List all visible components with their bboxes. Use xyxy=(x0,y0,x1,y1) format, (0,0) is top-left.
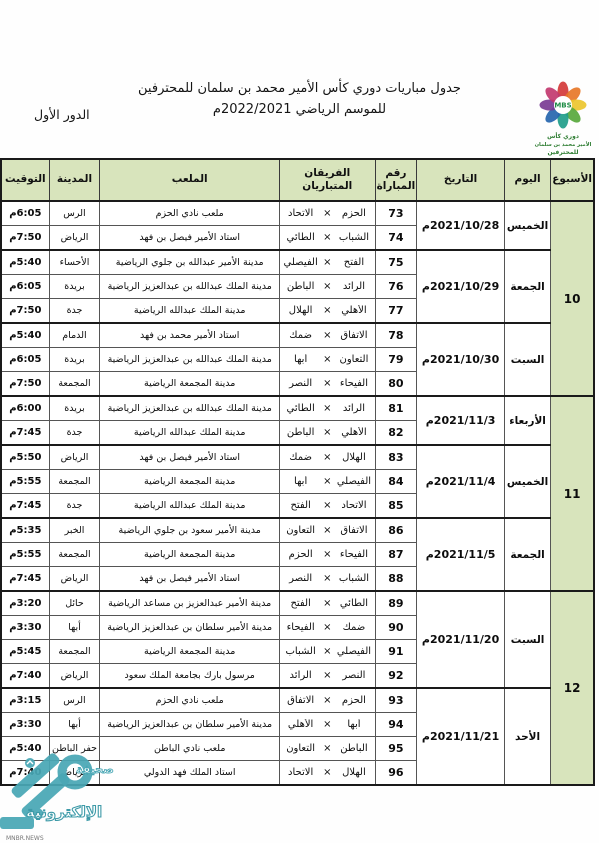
teams-pair: الفيصلي×أبها xyxy=(282,476,373,487)
stadium-cell: مدينة الأمير سلطان بن عبدالعزيز الرياضية xyxy=(100,713,280,737)
day-cell: الأحد xyxy=(504,688,550,785)
vs-symbol: × xyxy=(319,427,335,438)
away-team: الفتح xyxy=(282,500,319,511)
time-cell: 7:40م xyxy=(1,664,49,689)
vs-symbol: × xyxy=(319,500,335,511)
home-team: الشباب xyxy=(335,573,372,584)
schedule-table-header: الأسبوعاليومالتاريخرقم المباراةالفريقان … xyxy=(1,159,594,201)
match-number-cell: 83 xyxy=(375,445,417,470)
away-team: الطائي xyxy=(282,232,319,243)
day-cell: السبت xyxy=(504,591,550,688)
stadium-cell: مدينة المجمعة الرياضية xyxy=(100,543,280,567)
stadium-cell: استاد الملك فهد الدولي xyxy=(100,761,280,786)
vs-symbol: × xyxy=(319,525,335,536)
teams-cell: الباطن×التعاون xyxy=(279,737,375,761)
vs-symbol: × xyxy=(319,622,335,633)
date-cell: 2021/11/5م xyxy=(417,518,505,591)
vs-symbol: × xyxy=(319,646,335,657)
away-team: النصر xyxy=(282,573,319,584)
match-number-cell: 79 xyxy=(375,348,417,372)
match-number-cell: 82 xyxy=(375,421,417,446)
time-cell: 3:30م xyxy=(1,713,49,737)
teams-pair: الباطن×التعاون xyxy=(282,743,373,754)
vs-symbol: × xyxy=(319,598,335,609)
match-row: الخميس2021/11/4م83الهلال×ضمكاستاد الأمير… xyxy=(1,445,594,470)
page-title-line1: جدول مباريات دوري كأس الأمير محمد بن سلم… xyxy=(105,78,494,99)
home-team: الهلال xyxy=(335,452,372,463)
city-cell: حائل xyxy=(49,591,100,616)
col-header-stadium: الملعب xyxy=(100,159,280,201)
time-cell: 7:50م xyxy=(1,299,49,324)
match-row: 11الأربعاء2021/11/3م81الرائد×الطائيمدينة… xyxy=(1,396,594,421)
teams-pair: الشباب×الطائي xyxy=(282,232,373,243)
teams-cell: الاتفاق×ضمك xyxy=(279,323,375,348)
stadium-cell: استاد الأمير فيصل بن فهد xyxy=(100,226,280,251)
vs-symbol: × xyxy=(319,330,335,341)
match-number-cell: 94 xyxy=(375,713,417,737)
col-header-teams: الفريقان المتباريان xyxy=(279,159,375,201)
away-team: التعاون xyxy=(282,525,319,536)
date-cell: 2021/10/28م xyxy=(417,201,505,250)
teams-pair: الفتح×الفيصلي xyxy=(282,257,373,268)
city-cell: الأحساء xyxy=(49,250,100,275)
time-cell: 5:55م xyxy=(1,470,49,494)
match-number-cell: 74 xyxy=(375,226,417,251)
vs-symbol: × xyxy=(319,767,335,778)
away-team: الفيحاء xyxy=(282,622,319,633)
city-cell: أبها xyxy=(49,713,100,737)
col-header-week: الأسبوع xyxy=(551,159,594,201)
away-team: أبها xyxy=(282,354,319,365)
stadium-cell: مدينة المجمعة الرياضية xyxy=(100,372,280,397)
week-cell: 10 xyxy=(551,201,594,396)
vs-symbol: × xyxy=(319,670,335,681)
home-team: الهلال xyxy=(335,767,372,778)
match-number-cell: 92 xyxy=(375,664,417,689)
home-team: الاتحاد xyxy=(335,500,372,511)
teams-pair: التعاون×أبها xyxy=(282,354,373,365)
teams-pair: النصر×الرائد xyxy=(282,670,373,681)
teams-cell: الرائد×الطائي xyxy=(279,396,375,421)
schedule-table: الأسبوعاليومالتاريخرقم المباراةالفريقان … xyxy=(0,158,595,786)
page-title-line2: للموسم الرياضي 2022/2021م xyxy=(105,99,494,120)
vs-symbol: × xyxy=(319,208,335,219)
day-cell: الخميس xyxy=(504,201,550,250)
city-cell: الرياض xyxy=(49,226,100,251)
city-cell: المجمعة xyxy=(49,543,100,567)
home-team: الاتفاق xyxy=(335,330,372,341)
time-cell: 7:40م xyxy=(1,761,49,786)
teams-cell: الحزم×الاتحاد xyxy=(279,201,375,226)
time-cell: 5:40م xyxy=(1,250,49,275)
away-team: الاتحاد xyxy=(282,767,319,778)
teams-pair: الشباب×النصر xyxy=(282,573,373,584)
stadium-cell: مدينة الملك عبدالله الرياضية xyxy=(100,421,280,446)
vs-symbol: × xyxy=(319,743,335,754)
away-team: ضمك xyxy=(282,330,319,341)
match-number-cell: 73 xyxy=(375,201,417,226)
week-cell: 11 xyxy=(551,396,594,591)
time-cell: 6:05م xyxy=(1,275,49,299)
date-cell: 2021/10/30م xyxy=(417,323,505,396)
away-team: الباطن xyxy=(282,427,319,438)
teams-pair: الحزم×الاتحاد xyxy=(282,208,373,219)
away-team: ضمك xyxy=(282,452,319,463)
teams-pair: الأهلي×الهلال xyxy=(282,305,373,316)
stadium-cell: مدينة المجمعة الرياضية xyxy=(100,470,280,494)
stadium-cell: مدينة الأمير سلطان بن عبدالعزيز الرياضية xyxy=(100,616,280,640)
match-number-cell: 93 xyxy=(375,688,417,713)
stadium-cell: مدينة الملك عبدالله الرياضية xyxy=(100,494,280,519)
city-cell: الرس xyxy=(49,201,100,226)
stadium-cell: مدينة الملك عبدالله بن عبدالعزيز الرياضي… xyxy=(100,396,280,421)
away-team: الأهلي xyxy=(282,719,319,730)
city-cell: الرياض xyxy=(49,567,100,592)
teams-cell: الاتفاق×التعاون xyxy=(279,518,375,543)
round-label: الدور الأول xyxy=(34,107,90,122)
vs-symbol: × xyxy=(319,452,335,463)
match-number-cell: 86 xyxy=(375,518,417,543)
home-team: الحزم xyxy=(335,695,372,706)
away-team: الاتفاق xyxy=(282,695,319,706)
day-cell: الخميس xyxy=(504,445,550,518)
match-row: 12السبت2021/11/20م89الطائي×الفتحمدينة ال… xyxy=(1,591,594,616)
teams-cell: الأهلي×الهلال xyxy=(279,299,375,324)
away-team: التعاون xyxy=(282,743,319,754)
city-cell: الرياض xyxy=(49,445,100,470)
time-cell: 6:05م xyxy=(1,201,49,226)
teams-cell: الحزم×الاتفاق xyxy=(279,688,375,713)
teams-pair: الفيصلي×الشباب xyxy=(282,646,373,657)
city-cell: المجمعة xyxy=(49,372,100,397)
home-team: الحزم xyxy=(335,208,372,219)
time-cell: 3:20م xyxy=(1,591,49,616)
match-number-cell: 90 xyxy=(375,616,417,640)
teams-cell: أبها×الأهلي xyxy=(279,713,375,737)
date-cell: 2021/11/3م xyxy=(417,396,505,445)
match-number-cell: 77 xyxy=(375,299,417,324)
stadium-cell: مدينة الملك عبدالله الرياضية xyxy=(100,299,280,324)
teams-pair: الطائي×الفتح xyxy=(282,598,373,609)
teams-pair: أبها×الأهلي xyxy=(282,719,373,730)
teams-cell: التعاون×أبها xyxy=(279,348,375,372)
away-team: الاتحاد xyxy=(282,208,319,219)
stadium-cell: مدينة الأمير عبدالعزيز بن مساعد الرياضية xyxy=(100,591,280,616)
away-team: الباطن xyxy=(282,281,319,292)
date-cell: 2021/10/29م xyxy=(417,250,505,323)
teams-cell: الفيحاء×النصر xyxy=(279,372,375,397)
vs-symbol: × xyxy=(319,281,335,292)
time-cell: 5:35م xyxy=(1,518,49,543)
home-team: ضمك xyxy=(335,622,372,633)
vs-symbol: × xyxy=(319,378,335,389)
page-title: جدول مباريات دوري كأس الأمير محمد بن سلم… xyxy=(105,78,494,120)
city-cell: بريدة xyxy=(49,396,100,421)
time-cell: 3:15م xyxy=(1,688,49,713)
stadium-cell: استاد الأمير محمد بن فهد xyxy=(100,323,280,348)
match-number-cell: 78 xyxy=(375,323,417,348)
home-team: الباطن xyxy=(335,743,372,754)
col-header-day: اليوم xyxy=(504,159,550,201)
vs-symbol: × xyxy=(319,403,335,414)
teams-cell: الشباب×النصر xyxy=(279,567,375,592)
teams-pair: الهلال×الاتحاد xyxy=(282,767,373,778)
match-number-cell: 95 xyxy=(375,737,417,761)
match-number-cell: 85 xyxy=(375,494,417,519)
mbs-logo-text: MBS xyxy=(554,102,571,110)
time-cell: 5:55م xyxy=(1,543,49,567)
home-team: الفيحاء xyxy=(335,378,372,389)
teams-cell: الأهلي×الباطن xyxy=(279,421,375,446)
time-cell: 6:05م xyxy=(1,348,49,372)
teams-pair: الرائد×الطائي xyxy=(282,403,373,414)
teams-pair: الرائد×الباطن xyxy=(282,281,373,292)
teams-cell: الرائد×الباطن xyxy=(279,275,375,299)
time-cell: 5:40م xyxy=(1,323,49,348)
teams-cell: الفتح×الفيصلي xyxy=(279,250,375,275)
vs-symbol: × xyxy=(319,476,335,487)
match-number-cell: 80 xyxy=(375,372,417,397)
match-number-cell: 89 xyxy=(375,591,417,616)
stadium-cell: مدينة الأمير سعود بن جلوي الرياضية xyxy=(100,518,280,543)
city-cell: حفر الباطن xyxy=(49,737,100,761)
match-number-cell: 87 xyxy=(375,543,417,567)
city-cell: بريدة xyxy=(49,275,100,299)
vs-symbol: × xyxy=(319,232,335,243)
home-team: الطائي xyxy=(335,598,372,609)
vs-symbol: × xyxy=(319,257,335,268)
teams-pair: الفيحاء×الحزم xyxy=(282,549,373,560)
date-cell: 2021/11/21م xyxy=(417,688,505,785)
teams-cell: الفيصلي×الشباب xyxy=(279,640,375,664)
match-row: الأحد2021/11/21م93الحزم×الاتفاقملعب نادي… xyxy=(1,688,594,713)
teams-pair: الحزم×الاتفاق xyxy=(282,695,373,706)
time-cell: 5:50م xyxy=(1,445,49,470)
day-cell: الأربعاء xyxy=(504,396,550,445)
time-cell: 7:50م xyxy=(1,226,49,251)
teams-cell: الطائي×الفتح xyxy=(279,591,375,616)
away-team: الرائد xyxy=(282,670,319,681)
stadium-cell: مدينة الأمير عبدالله بن جلوي الرياضية xyxy=(100,250,280,275)
day-cell: السبت xyxy=(504,323,550,396)
teams-cell: الهلال×الاتحاد xyxy=(279,761,375,786)
match-row: الجمعة2021/10/29م75الفتح×الفيصليمدينة ال… xyxy=(1,250,594,275)
vs-symbol: × xyxy=(319,305,335,316)
time-cell: 5:45م xyxy=(1,640,49,664)
home-team: الأهلي xyxy=(335,427,372,438)
stadium-cell: مدينة الملك عبدالله بن عبدالعزيز الرياضي… xyxy=(100,275,280,299)
home-team: الرائد xyxy=(335,281,372,292)
teams-pair: الاتفاق×التعاون xyxy=(282,525,373,536)
city-cell: بريدة xyxy=(49,348,100,372)
teams-cell: الشباب×الطائي xyxy=(279,226,375,251)
teams-pair: الفيحاء×النصر xyxy=(282,378,373,389)
home-team: الفيحاء xyxy=(335,549,372,560)
away-team: أبها xyxy=(282,476,319,487)
date-cell: 2021/11/4م xyxy=(417,445,505,518)
match-number-cell: 76 xyxy=(375,275,417,299)
home-team: الاتفاق xyxy=(335,525,372,536)
time-cell: 7:45م xyxy=(1,421,49,446)
teams-cell: النصر×الرائد xyxy=(279,664,375,689)
match-number-cell: 75 xyxy=(375,250,417,275)
time-cell: 6:00م xyxy=(1,396,49,421)
city-cell: الدمام xyxy=(49,323,100,348)
away-team: النصر xyxy=(282,378,319,389)
teams-cell: الفيحاء×الحزم xyxy=(279,543,375,567)
city-cell: الرياض xyxy=(49,664,100,689)
city-cell: المجمعة xyxy=(49,640,100,664)
header-row: الأسبوعاليومالتاريخرقم المباراةالفريقان … xyxy=(1,159,594,201)
match-number-cell: 81 xyxy=(375,396,417,421)
mbs-league-icon: MBS دوري كأس الأمير محمد بن سلمان للمحتر… xyxy=(534,78,592,160)
teams-cell: الفيصلي×أبها xyxy=(279,470,375,494)
stadium-cell: مرسول بارك بجامعة الملك سعود xyxy=(100,664,280,689)
teams-cell: الاتحاد×الفتح xyxy=(279,494,375,519)
stadium-cell: مدينة الملك عبدالله بن عبدالعزيز الرياضي… xyxy=(100,348,280,372)
home-team: التعاون xyxy=(335,354,372,365)
teams-pair: الاتفاق×ضمك xyxy=(282,330,373,341)
stadium-cell: ملعب نادي الحزم xyxy=(100,201,280,226)
match-number-cell: 91 xyxy=(375,640,417,664)
watermark-electronic-word: الإلكترونية xyxy=(26,803,102,821)
teams-cell: الهلال×ضمك xyxy=(279,445,375,470)
teams-pair: ضمك×الفيحاء xyxy=(282,622,373,633)
city-cell: المجمعة xyxy=(49,470,100,494)
time-cell: 7:45م xyxy=(1,567,49,592)
city-cell: الخبر xyxy=(49,518,100,543)
city-cell: أبها xyxy=(49,616,100,640)
stadium-cell: استاد الأمير فيصل بن فهد xyxy=(100,445,280,470)
vs-symbol: × xyxy=(319,573,335,584)
match-number-cell: 96 xyxy=(375,761,417,786)
vs-symbol: × xyxy=(319,549,335,560)
home-team: الفيصلي xyxy=(335,646,372,657)
logo-caption-1: دوري كأس xyxy=(547,132,579,140)
home-team: الفتح xyxy=(335,257,372,268)
match-row: 10الخميس2021/10/28م73الحزم×الاتحادملعب ن… xyxy=(1,201,594,226)
match-number-cell: 84 xyxy=(375,470,417,494)
stadium-cell: ملعب نادي الباطن xyxy=(100,737,280,761)
away-team: الشباب xyxy=(282,646,319,657)
away-team: الحزم xyxy=(282,549,319,560)
week-cell: 12 xyxy=(551,591,594,785)
logo-caption-2: الأمير محمد بن سلمان xyxy=(535,141,592,148)
vs-symbol: × xyxy=(319,695,335,706)
match-row: الجمعة2021/11/5م86الاتفاق×التعاونمدينة ا… xyxy=(1,518,594,543)
time-cell: 3:30م xyxy=(1,616,49,640)
time-cell: 7:45م xyxy=(1,494,49,519)
match-number-cell: 88 xyxy=(375,567,417,592)
away-team: الفيصلي xyxy=(282,257,319,268)
league-logo: MBS دوري كأس الأمير محمد بن سلمان للمحتر… xyxy=(534,78,592,164)
vs-symbol: × xyxy=(319,354,335,365)
city-cell: الرياض xyxy=(49,761,100,786)
home-team: أبها xyxy=(335,719,372,730)
home-team: النصر xyxy=(335,670,372,681)
teams-pair: الاتحاد×الفتح xyxy=(282,500,373,511)
away-team: الطائي xyxy=(282,403,319,414)
home-team: الفيصلي xyxy=(335,476,372,487)
city-cell: جدة xyxy=(49,421,100,446)
away-team: الفتح xyxy=(282,598,319,609)
stadium-cell: ملعب نادي الحزم xyxy=(100,688,280,713)
city-cell: جدة xyxy=(49,299,100,324)
city-cell: جدة xyxy=(49,494,100,519)
teams-pair: الأهلي×الباطن xyxy=(282,427,373,438)
day-cell: الجمعة xyxy=(504,518,550,591)
away-team: الهلال xyxy=(282,305,319,316)
home-team: الرائد xyxy=(335,403,372,414)
watermark-site-text: MNBR.NEWS xyxy=(6,835,44,842)
col-header-no: رقم المباراة xyxy=(375,159,417,201)
home-team: الشباب xyxy=(335,232,372,243)
time-cell: 5:40م xyxy=(1,737,49,761)
date-cell: 2021/11/20م xyxy=(417,591,505,688)
stadium-cell: استاد الأمير فيصل بن فهد xyxy=(100,567,280,592)
teams-pair: الهلال×ضمك xyxy=(282,452,373,463)
day-cell: الجمعة xyxy=(504,250,550,323)
home-team: الأهلي xyxy=(335,305,372,316)
col-header-date: التاريخ xyxy=(417,159,505,201)
col-header-time: التوقيت xyxy=(1,159,49,201)
time-cell: 7:50م xyxy=(1,372,49,397)
match-row: السبت2021/10/30م78الاتفاق×ضمكاستاد الأمي… xyxy=(1,323,594,348)
teams-cell: ضمك×الفيحاء xyxy=(279,616,375,640)
col-header-city: المدينة xyxy=(49,159,100,201)
logo-caption-3: للمحترفين xyxy=(547,149,578,156)
schedule-table-body: 10الخميس2021/10/28م73الحزم×الاتحادملعب ن… xyxy=(1,201,594,785)
city-cell: الرس xyxy=(49,688,100,713)
stadium-cell: مدينة المجمعة الرياضية xyxy=(100,640,280,664)
vs-symbol: × xyxy=(319,719,335,730)
